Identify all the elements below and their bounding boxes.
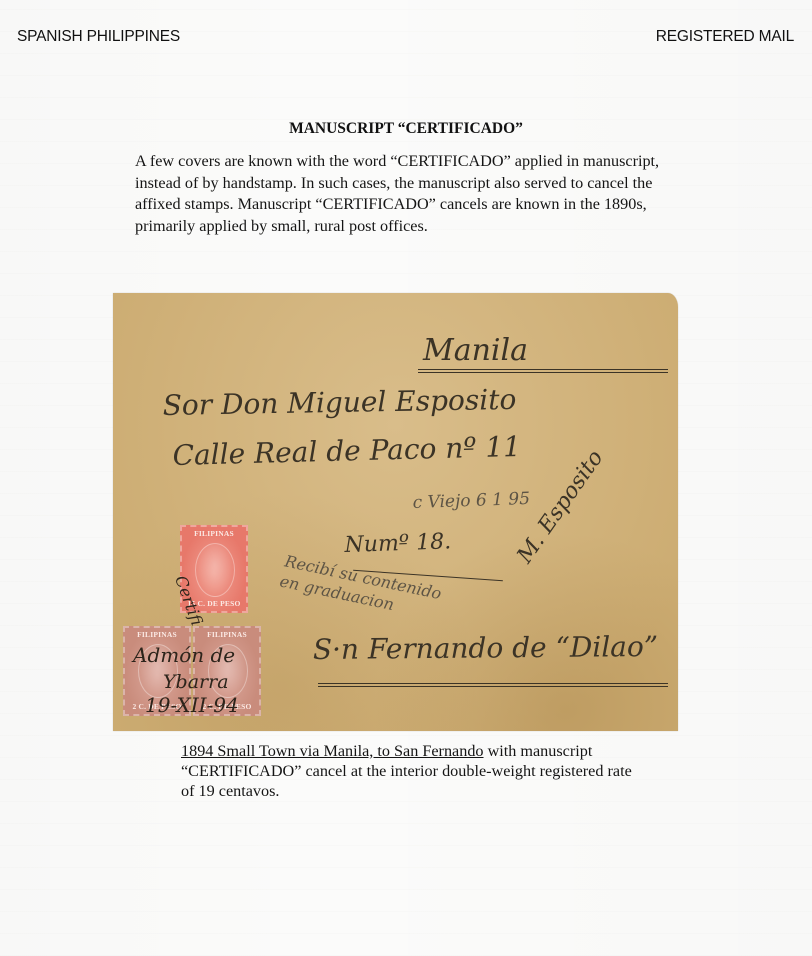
portrait-icon [195,543,235,597]
cancel-line2: Ybarra [163,671,229,693]
header-category: REGISTERED MAIL [656,28,794,46]
city-underline [418,369,668,373]
cancel-date: 19-XII-94 [145,693,239,717]
cover-caption: 1894 Small Town via Manila, to San Ferna… [181,741,641,801]
caption-route: 1894 Small Town via Manila, to San Ferna… [181,742,484,760]
stamp-country-label: FILIPINAS [185,529,243,539]
cover-envelope: Manila Sor Don Miguel Esposito Calle Rea… [113,293,678,731]
intro-paragraph: A few covers are known with the word “CE… [135,151,695,237]
handwriting-city: Manila [423,333,528,368]
handwriting-street: Calle Real de Paco nº 11 [172,430,521,472]
stamp-country-label: FILIPINAS [128,630,186,640]
handwriting-number: Numº 18. [344,529,451,558]
header-country: SPANISH PHILIPPINES [17,28,180,46]
section-title: MANUSCRIPT “CERTIFICADO” [0,120,812,138]
handwriting-destination: S·n Fernando de “Dilao” [313,630,659,666]
destination-underline [318,683,668,687]
cancel-line1: Admón de [133,643,235,667]
stamp-country-label: FILIPINAS [198,630,256,640]
handwriting-addressee: Sor Don Miguel Esposito [162,383,516,422]
handwriting-note-date: c Viejo 6 1 95 [412,489,530,513]
